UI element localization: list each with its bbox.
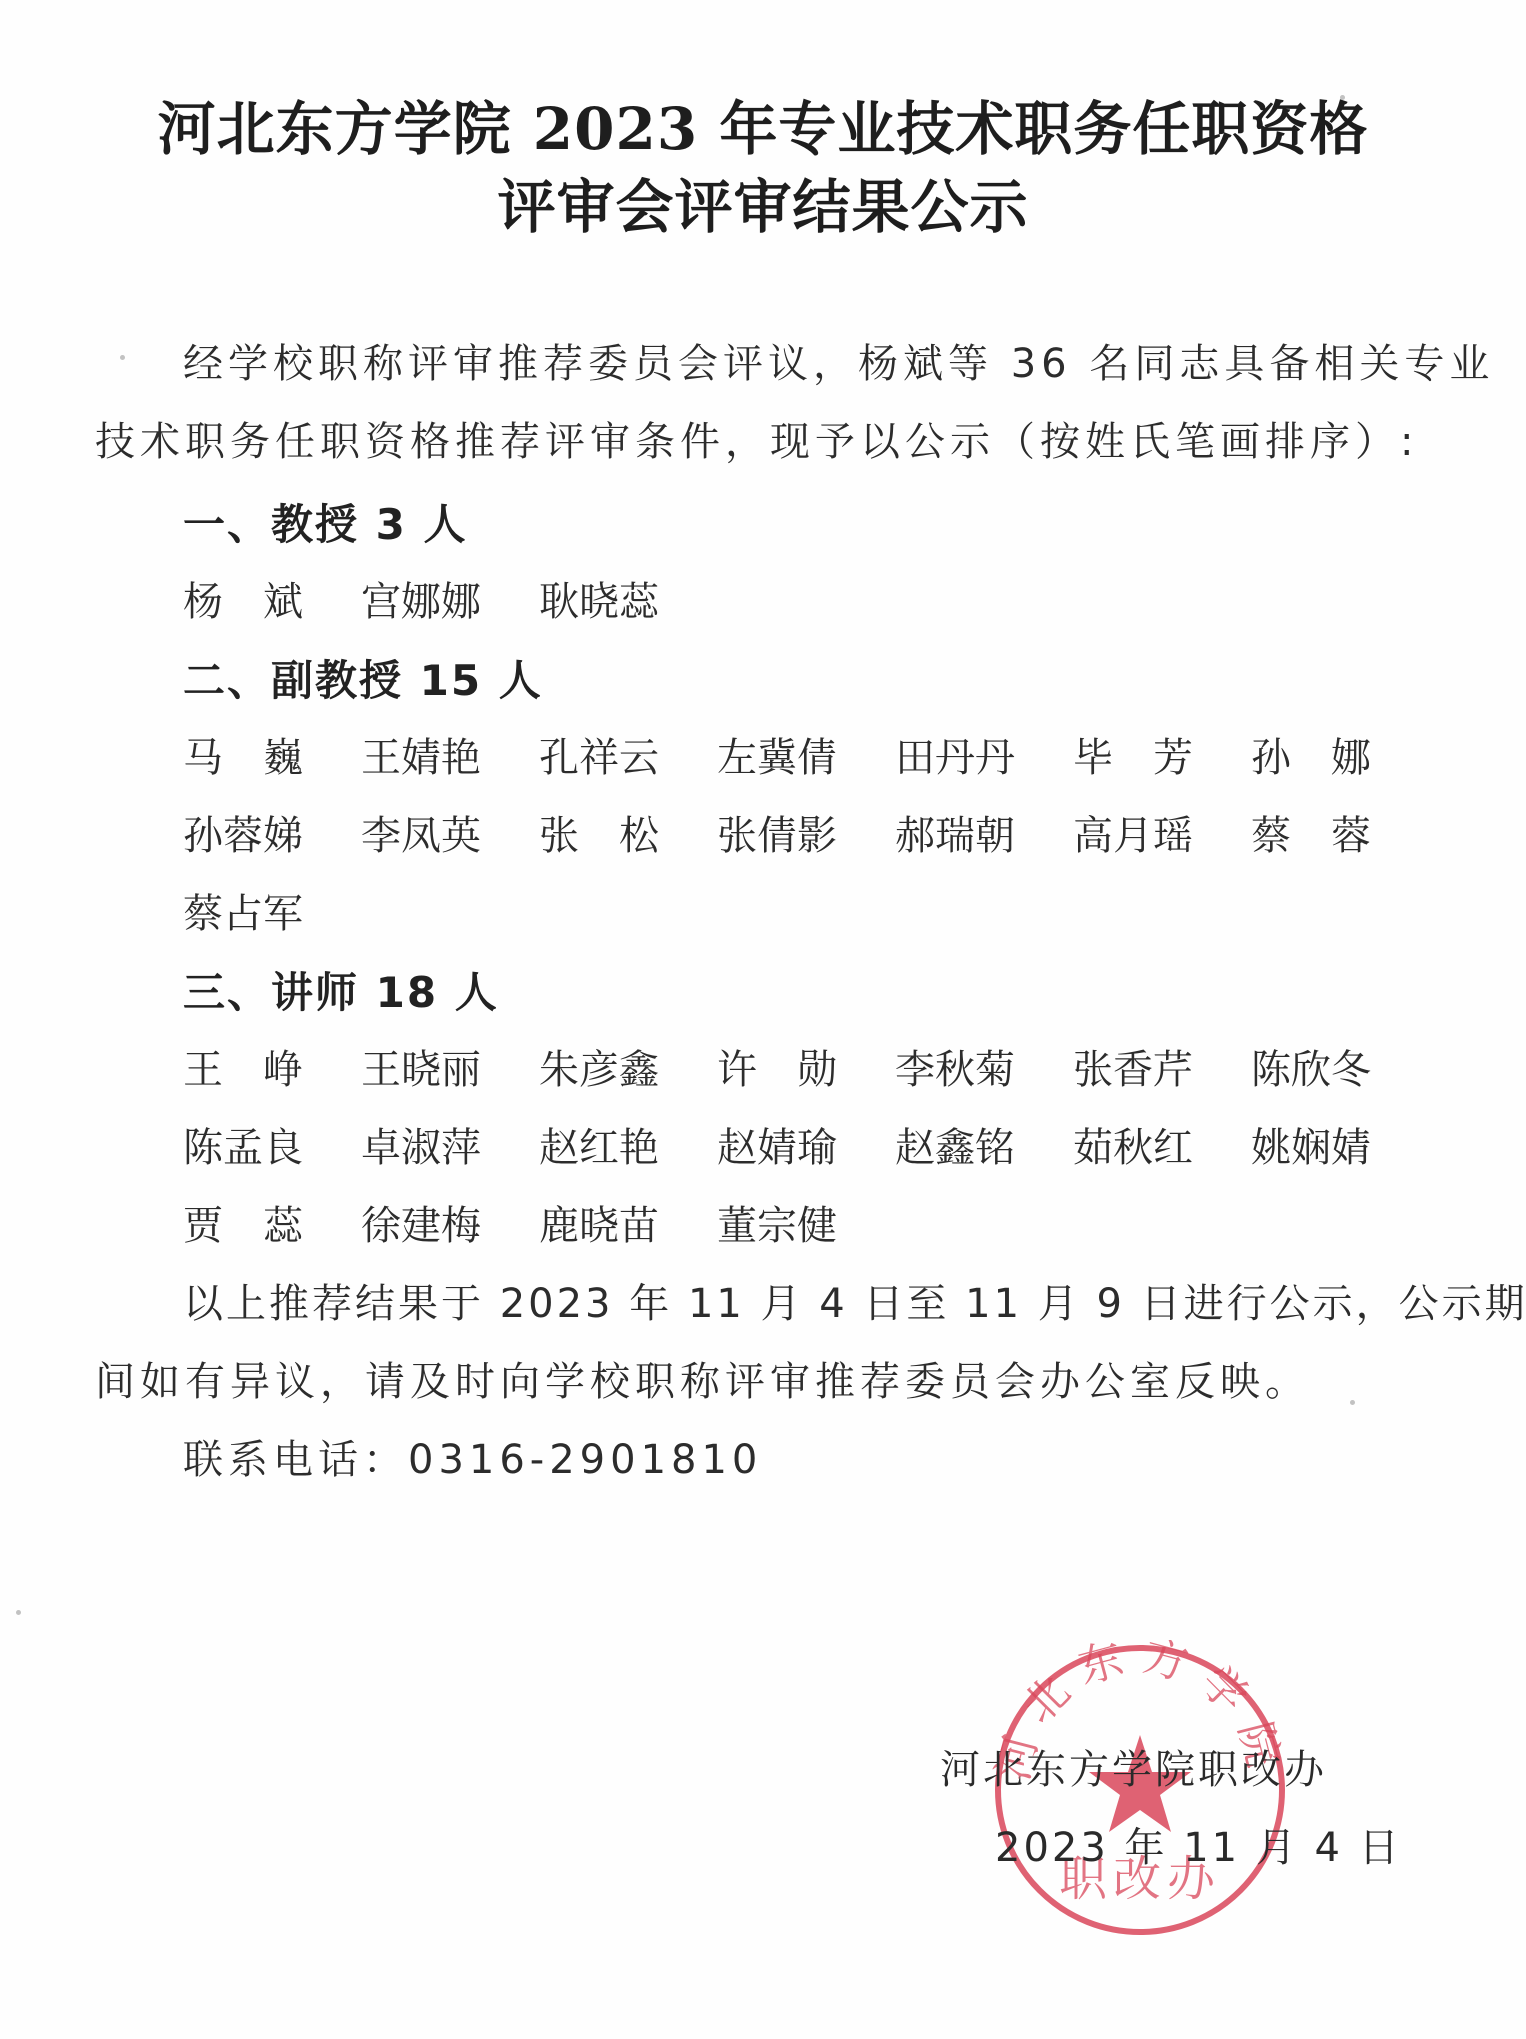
name-item: 孙娜 bbox=[1251, 726, 1411, 783]
name-item: 张倩影 bbox=[717, 804, 837, 861]
name-item: 王婧艳 bbox=[361, 726, 481, 783]
name-item: 毕芳 bbox=[1073, 726, 1233, 783]
name-item: 李秋菊 bbox=[895, 1038, 1015, 1095]
name-item: 卓淑萍 bbox=[361, 1116, 481, 1173]
document-page: 河北东方学院 2023 年专业技术职务任职资格 评审会评审结果公示 经学校职称评… bbox=[0, 0, 1526, 2039]
name-item: 郝瑞朝 bbox=[895, 804, 1015, 861]
name-item: 赵婧瑜 bbox=[717, 1116, 837, 1173]
scan-speck bbox=[16, 1610, 21, 1615]
name-item: 陈欣冬 bbox=[1251, 1038, 1371, 1095]
scan-speck bbox=[120, 355, 125, 360]
name-item: 杨斌 bbox=[183, 570, 343, 627]
section-heading-professor: 一、教授 3 人 bbox=[183, 492, 467, 552]
name-item: 蔡占军 bbox=[183, 882, 303, 939]
intro-line-1: 经学校职称评审推荐委员会评议，杨斌等 36 名同志具备相关专业 bbox=[183, 332, 1494, 389]
name-item: 蔡蓉 bbox=[1251, 804, 1411, 861]
section-heading-lecturer: 三、讲师 18 人 bbox=[183, 960, 499, 1020]
notice-line-2: 间如有异议，请及时向学校职称评审推荐委员会办公室反映。 bbox=[95, 1350, 1310, 1407]
intro-line-2: 技术职务任职资格推荐评审条件，现予以公示（按姓氏笔画排序）: bbox=[95, 410, 1418, 467]
name-item: 孔祥云 bbox=[539, 726, 659, 783]
name-item: 茹秋红 bbox=[1073, 1116, 1193, 1173]
name-item: 陈孟良 bbox=[183, 1116, 303, 1173]
scan-speck bbox=[1350, 1400, 1355, 1405]
name-item: 董宗健 bbox=[717, 1194, 837, 1251]
name-item: 鹿晓苗 bbox=[539, 1194, 659, 1251]
name-item: 赵鑫铭 bbox=[895, 1116, 1015, 1173]
signature-date: 2023 年 11 月 4 日 bbox=[995, 1816, 1402, 1873]
signature-organization: 河北东方学院职改办 bbox=[940, 1738, 1327, 1795]
name-item: 张香芹 bbox=[1073, 1038, 1193, 1095]
name-item: 王晓丽 bbox=[361, 1038, 481, 1095]
name-item: 姚娴婧 bbox=[1251, 1116, 1371, 1173]
name-item: 田丹丹 bbox=[895, 726, 1015, 783]
notice-line-1: 以上推荐结果于 2023 年 11 月 4 日至 11 月 9 日进行公示，公示… bbox=[183, 1272, 1526, 1329]
name-item: 马巍 bbox=[183, 726, 343, 783]
name-item: 孙蓉娣 bbox=[183, 804, 303, 861]
document-title-line-2: 评审会评审结果公示 bbox=[0, 160, 1526, 244]
name-item: 高月瑶 bbox=[1073, 804, 1193, 861]
scan-speck bbox=[1340, 95, 1345, 100]
name-item: 赵红艳 bbox=[539, 1116, 659, 1173]
name-item: 贾蕊 bbox=[183, 1194, 343, 1251]
name-item: 耿晓蕊 bbox=[539, 570, 659, 627]
name-item: 左冀倩 bbox=[717, 726, 837, 783]
name-item: 宫娜娜 bbox=[361, 570, 481, 627]
document-title-line-1: 河北东方学院 2023 年专业技术职务任职资格 bbox=[0, 82, 1526, 166]
name-item: 徐建梅 bbox=[361, 1194, 481, 1251]
section-heading-associate-professor: 二、副教授 15 人 bbox=[183, 648, 543, 708]
name-item: 朱彦鑫 bbox=[539, 1038, 659, 1095]
name-item: 王峥 bbox=[183, 1038, 343, 1095]
name-item: 许勋 bbox=[717, 1038, 877, 1095]
name-item: 李凤英 bbox=[361, 804, 481, 861]
contact-phone: 联系电话：0316-2901810 bbox=[183, 1428, 762, 1485]
name-item: 张松 bbox=[539, 804, 699, 861]
